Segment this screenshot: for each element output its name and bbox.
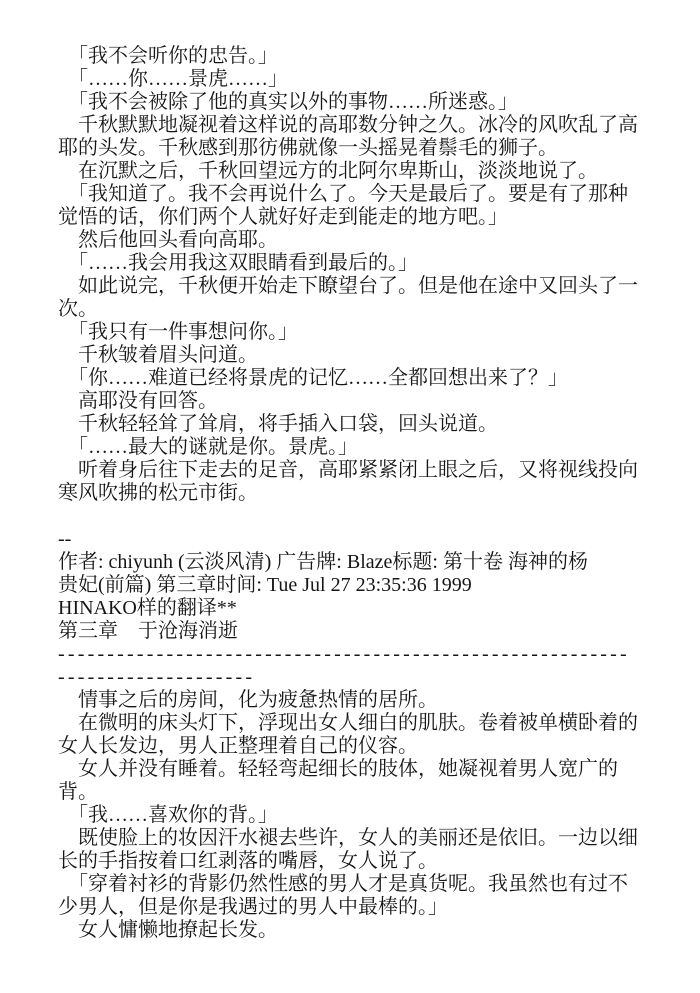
narration-line: 听着身后往下走去的足音，高耶紧紧闭上眼之后，又将视线投向 (58, 459, 664, 482)
narration-line: 然后他回头看向高耶。 (58, 229, 664, 252)
narration-line: 寒风吹拂的松元市街。 (58, 482, 664, 505)
narration-line: 如此说完，千秋便开始走下瞭望台了。但是他在途中又回头了一 (58, 275, 664, 298)
narration-line: 在微明的床头灯下，浮现出女人细白的肌肤。卷着被单横卧着的 (58, 712, 664, 735)
narration-line: 既使脸上的妆因汗水褪去些许，女人的美丽还是依旧。一边以细 (58, 827, 664, 850)
dialogue-line: 觉悟的话，你们两个人就好好走到能走的地方吧。」 (58, 206, 664, 229)
text-block: 「我不会听你的忠告。」 「……你……景虎……」 「我不会被除了他的真实以外的事物… (58, 45, 664, 942)
narration-line: 千秋皱着眉头问道。 (58, 344, 664, 367)
dialogue-line: 少男人，但是你是我遇过的男人中最棒的。」 (58, 896, 664, 919)
post-header-author: 作者: chiyunh (云淡风清) 广告牌: Blaze标题: 第十卷 海神的… (58, 551, 664, 574)
narration-line: 在沉默之后，千秋回望远方的北阿尔卑斯山，淡淡地说了。 (58, 160, 664, 183)
separator: -- (58, 528, 664, 551)
document-page: 「我不会听你的忠告。」 「……你……景虎……」 「我不会被除了他的真实以外的事物… (0, 0, 700, 993)
dialogue-line: 「……我会用我这双眼睛看到最后的。」 (58, 252, 664, 275)
narration-line: 女人并没有睡着。轻轻弯起细长的肢体，她凝视着男人宽广的 (58, 758, 664, 781)
dialogue-line: 「我不会被除了他的真实以外的事物……所迷惑。」 (58, 91, 664, 114)
post-header-time: 贵妃(前篇) 第三章时间: Tue Jul 27 23:35:36 1999 (58, 574, 664, 597)
narration-line: 情事之后的房间，化为疲惫热情的居所。 (58, 689, 664, 712)
narration-line: 女人慵懒地撩起长发。 (58, 919, 664, 942)
narration-line: 女人长发边，男人正整理着自己的仪容。 (58, 735, 664, 758)
narration-line: 千秋默默地凝视着这样说的高耶数分钟之久。冰冷的风吹乱了高 (58, 114, 664, 137)
narration-line: 千秋轻轻耸了耸肩，将手插入口袋，回头说道。 (58, 413, 664, 436)
separator: -------------------- (58, 666, 664, 689)
narration-line: 背。 (58, 781, 664, 804)
narration-line: 次。 (58, 298, 664, 321)
narration-line: 长的手指按着口红剥落的嘴唇，女人说了。 (58, 850, 664, 873)
separator: ----------------------------------------… (58, 643, 664, 666)
dialogue-line: 「你……难道已经将景虎的记忆……全都回想出来了？」 (58, 367, 664, 390)
dialogue-line: 「……你……景虎……」 (58, 68, 664, 91)
dialogue-line: 「我只有一件事想问你。」 (58, 321, 664, 344)
dialogue-line: 「我不会听你的忠告。」 (58, 45, 664, 68)
narration-line: 高耶没有回答。 (58, 390, 664, 413)
narration-line: 耶的头发。千秋感到那彷佛就像一头摇晃着鬃毛的狮子。 (58, 137, 664, 160)
dialogue-line: 「……最大的谜就是你。景虎。」 (58, 436, 664, 459)
blank-line (58, 505, 664, 528)
chapter-title: 第三章 于沧海消逝 (58, 620, 664, 643)
dialogue-line: 「我……喜欢你的背。」 (58, 804, 664, 827)
translator-credit: HINAKO样的翻译** (58, 597, 664, 620)
dialogue-line: 「穿着衬衫的背影仍然性感的男人才是真货呢。我虽然也有过不 (58, 873, 664, 896)
dialogue-line: 「我知道了。我不会再说什么了。今天是最后了。要是有了那种 (58, 183, 664, 206)
